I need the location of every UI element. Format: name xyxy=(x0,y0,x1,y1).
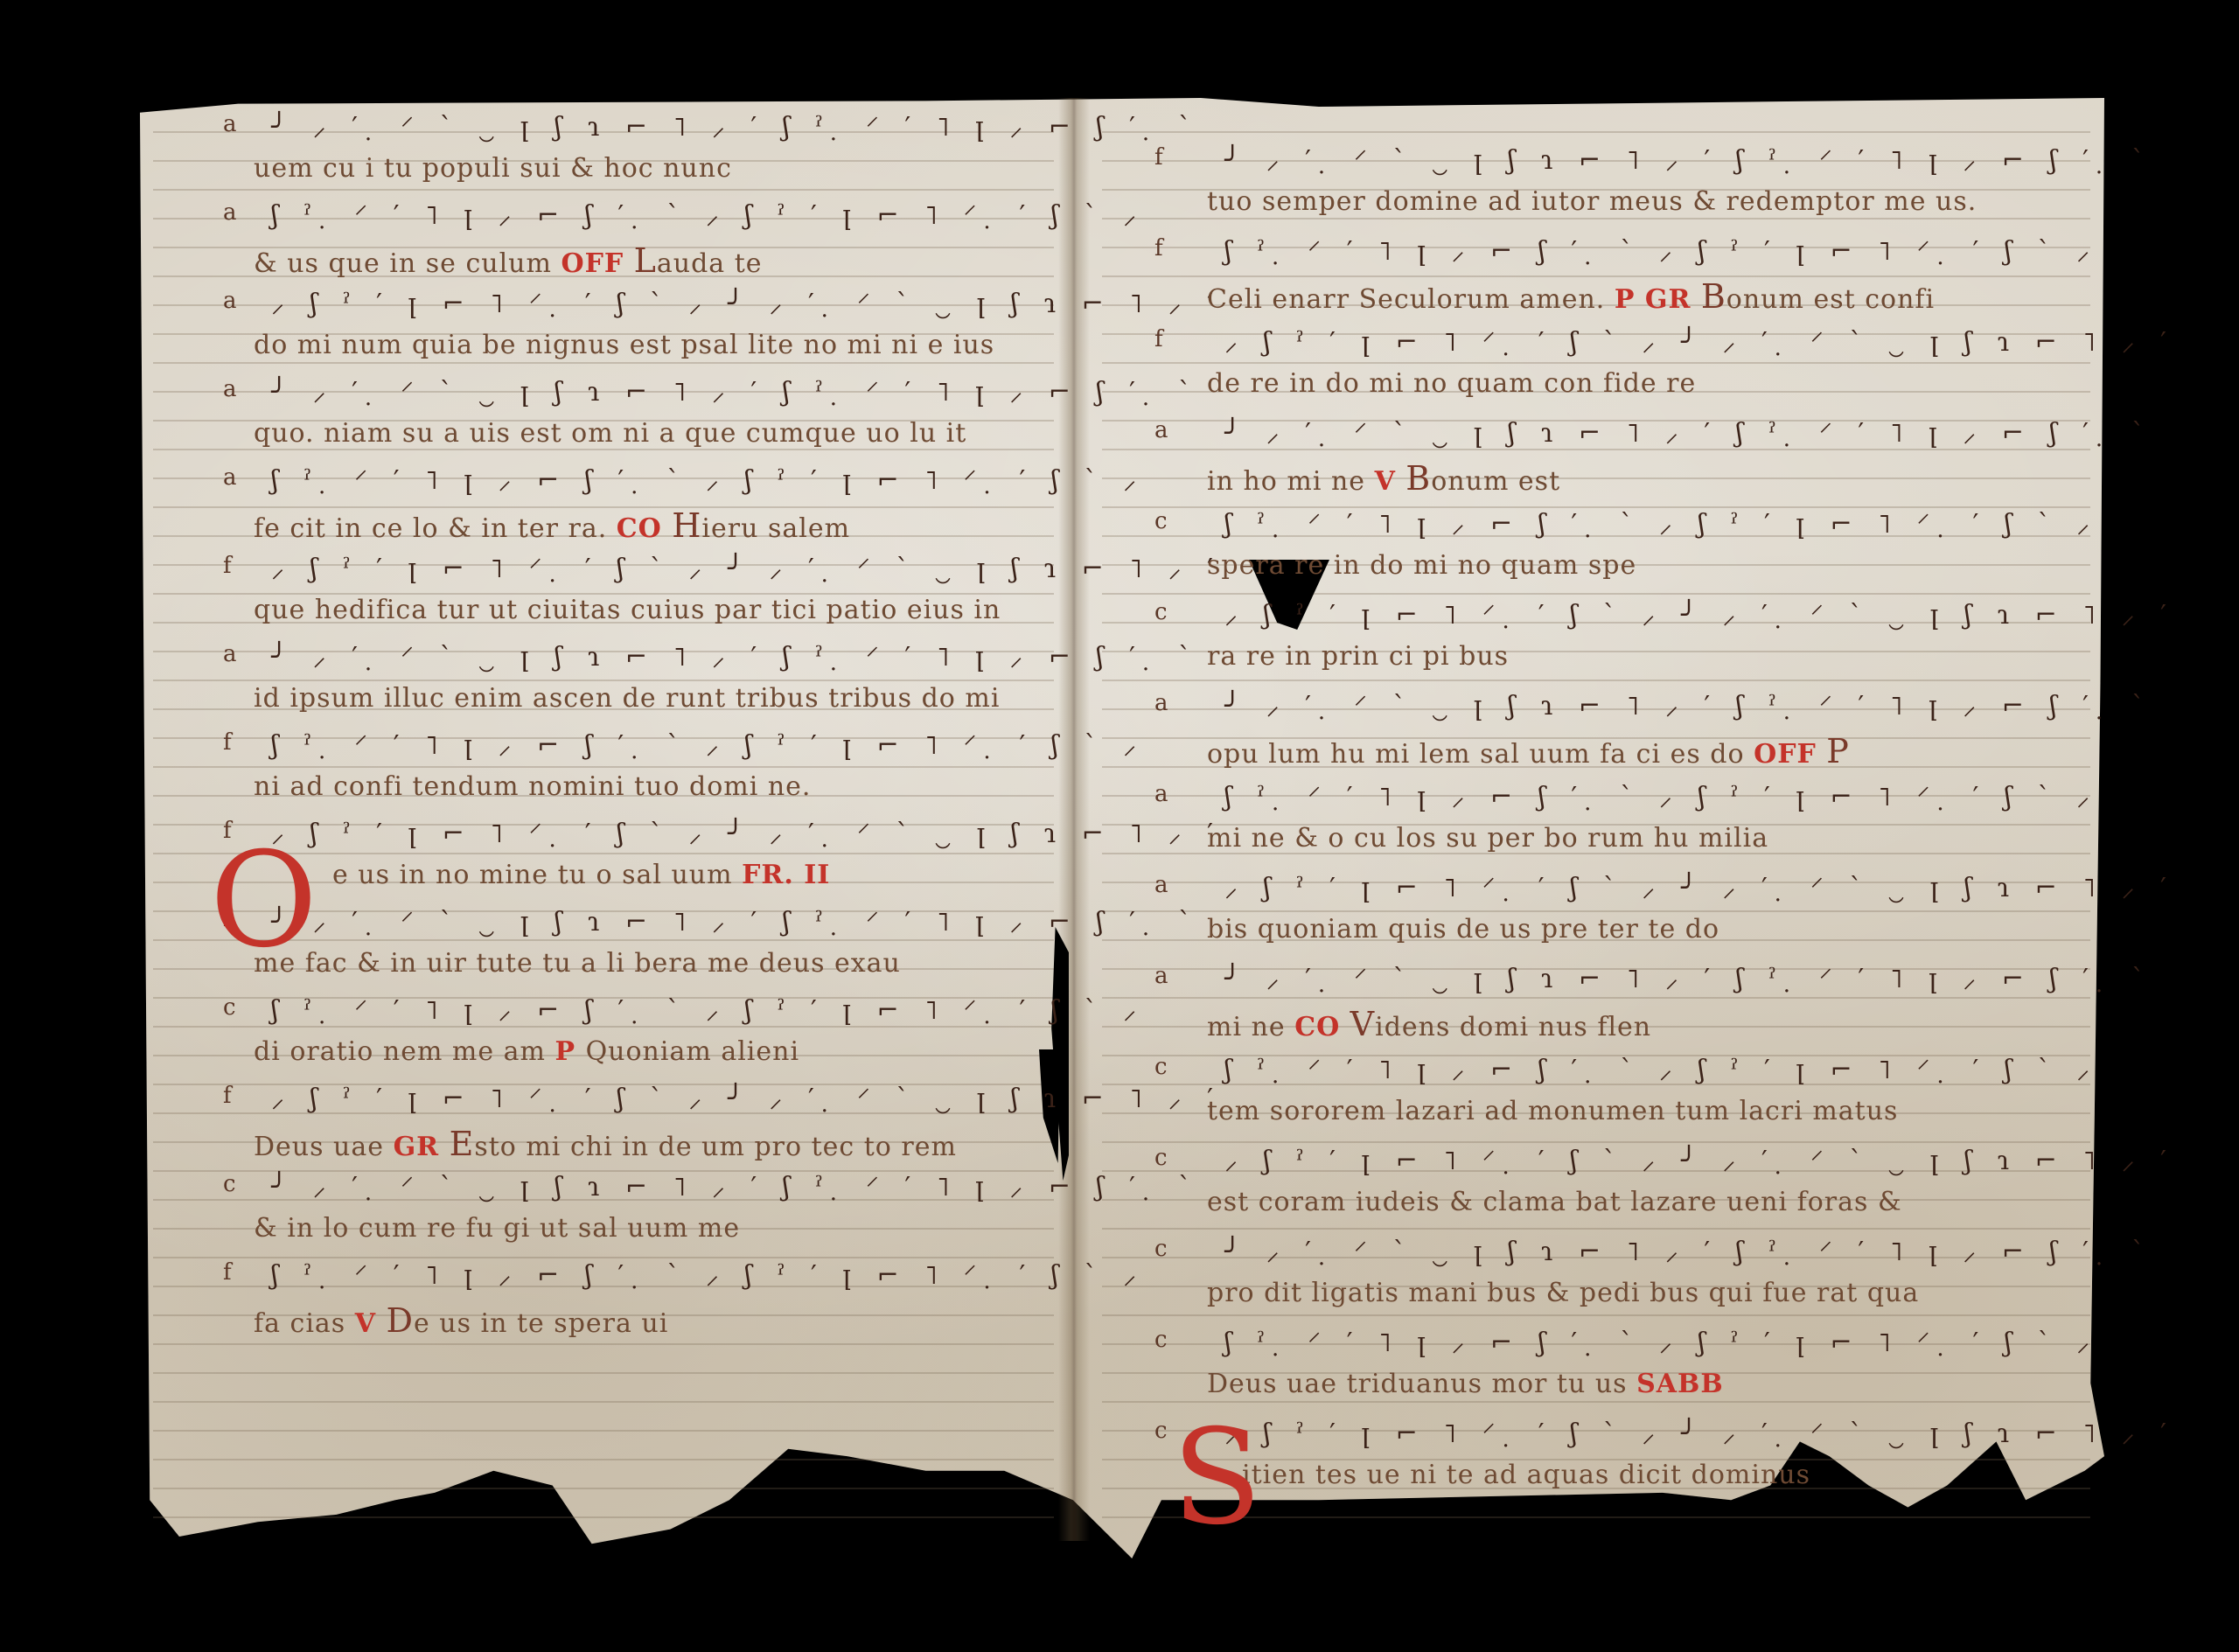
neume-row: ╯ ⸝ ′ ̣ ⸍ ˋ ‿ ꞁ ʃ ɿ ⌐ ˥ ⸝ ′ ʃ ˀ ̣ ⸍ ′ ˥ … xyxy=(1224,687,2153,722)
text-line: do mi num quia be nignus est psal lite n… xyxy=(254,330,994,360)
text-segment: do mi num quia be nignus est psal lite n… xyxy=(254,330,994,360)
initial-letter: B xyxy=(1701,277,1726,316)
clef-letter: c xyxy=(1154,599,1168,625)
text-segment: e us in te spera ui xyxy=(414,1308,668,1339)
text-segment: fe cit in ce lo & in ter ra. xyxy=(254,513,617,544)
text-segment: idens domi nus flen xyxy=(1375,1012,1651,1042)
text-line: spera re in do mi no quam spe xyxy=(1207,550,1636,581)
decorated-initial-s: S xyxy=(1172,1412,1262,1544)
text-line: Celi enarr Seculorum amen. P GR Bonum es… xyxy=(1207,277,1935,316)
text-segment: que hedifica tur ut ciuitas cuius par ti… xyxy=(254,595,1001,625)
clef-letter: a xyxy=(1154,872,1168,898)
neume-row: ⸝ ʃ ˀ ′ ꞁ ⌐ ˥ ⸍ ̣ ′ ʃ ˋ ⸝ ╯ ⸝ ′ ̣ ⸍ ˋ ‿ … xyxy=(271,1079,1222,1115)
initial-letter: L xyxy=(634,241,657,280)
rubric-label: P xyxy=(1615,284,1645,315)
initial-letter: B xyxy=(1405,459,1431,498)
neume-row: ʃ ˀ ̣ ⸍ ′ ˥ ꞁ ⸝ ⌐ ʃ ′ ̣ ˋ ⸝ ʃ ˀ ′ ꞁ ⌐ ˥ … xyxy=(271,991,1145,1027)
text-line: que hedifica tur ut ciuitas cuius par ti… xyxy=(254,595,1001,625)
text-line: me fac & in uir tute tu a li bera me deu… xyxy=(254,948,901,979)
ruled-line xyxy=(153,1401,1054,1403)
text-segment: tem sororem lazari ad monumen tum lacri … xyxy=(1207,1096,1898,1126)
text-line: quo. niam su a uis est om ni a que cumqu… xyxy=(254,418,966,449)
decorated-initial-d: O xyxy=(210,835,317,966)
ruled-line xyxy=(153,1488,1054,1489)
neume-row: ʃ ˀ ̣ ⸍ ′ ˥ ꞁ ⸝ ⌐ ʃ ′ ̣ ˋ ⸝ ʃ ˀ ′ ꞁ ⌐ ˥ … xyxy=(1224,232,2098,268)
text-segment: me fac & in uir tute tu a li bera me deu… xyxy=(254,948,901,979)
neume-row: ⸝ ʃ ˀ ′ ꞁ ⌐ ˥ ⸍ ̣ ′ ʃ ˋ ⸝ ╯ ⸝ ′ ̣ ⸍ ˋ ‿ … xyxy=(1224,868,2175,904)
neume-row: ʃ ˀ ̣ ⸍ ′ ˥ ꞁ ⸝ ⌐ ʃ ′ ̣ ˋ ⸝ ʃ ˀ ′ ꞁ ⌐ ˥ … xyxy=(271,1256,1145,1292)
ruled-line xyxy=(1102,131,2090,133)
ruled-line xyxy=(153,449,1054,450)
text-segment: & hoc nunc xyxy=(570,153,732,184)
neume-row: ⸝ ʃ ˀ ′ ꞁ ⌐ ˥ ⸍ ̣ ′ ʃ ˋ ⸝ ╯ ⸝ ′ ̣ ⸍ ˋ ‿ … xyxy=(271,284,1222,320)
text-line: itien tes ue ni te ad aquas dicit dominu… xyxy=(1242,1460,1810,1490)
text-line: & us que in se culum OFF Lauda te xyxy=(254,241,763,280)
text-line: in ho mi ne V Bonum est xyxy=(1207,459,1560,498)
text-segment: uem cu i tu populi sui xyxy=(254,153,570,184)
text-line: est coram iudeis & clama bat lazare ueni… xyxy=(1207,1187,1902,1217)
text-segment: in ho mi ne xyxy=(1207,466,1375,497)
ruled-line xyxy=(1102,218,2090,220)
initial-letter: P xyxy=(1826,732,1850,770)
clef-letter: a xyxy=(223,464,237,491)
clef-letter: a xyxy=(223,111,237,137)
text-segment: opu lum hu mi lem sal uum fa ci es do xyxy=(1207,739,1754,770)
ruled-line xyxy=(153,1372,1054,1374)
ruled-line xyxy=(153,680,1054,681)
rubric-label: OFF xyxy=(561,248,633,279)
text-segment: onum est xyxy=(1431,466,1560,497)
text-line: mi ne & o cu los su per bo rum hu milia xyxy=(1207,823,1768,854)
neume-row: ʃ ˀ ̣ ⸍ ′ ˥ ꞁ ⸝ ⌐ ʃ ′ ̣ ˋ ⸝ ʃ ˀ ′ ꞁ ⌐ ˥ … xyxy=(1224,505,2098,540)
clef-letter: c xyxy=(1154,1054,1168,1080)
neume-row: ⸝ ʃ ˀ ′ ꞁ ⌐ ˥ ⸍ ̣ ′ ʃ ˋ ⸝ ╯ ⸝ ′ ̣ ⸍ ˋ ‿ … xyxy=(1224,1414,2175,1450)
rubric-label: P xyxy=(555,1036,586,1067)
ruled-line xyxy=(1102,1314,2090,1316)
ruled-line xyxy=(1102,997,2090,999)
clef-letter: f xyxy=(1154,235,1163,261)
clef-letter: a xyxy=(1154,781,1168,807)
clef-letter: c xyxy=(1154,1236,1168,1262)
neume-row: ʃ ˀ ̣ ⸍ ′ ˥ ꞁ ⸝ ⌐ ʃ ′ ̣ ˋ ⸝ ʃ ˀ ′ ꞁ ⌐ ˥ … xyxy=(1224,777,2098,813)
rubric-label: V xyxy=(355,1308,387,1339)
ruled-line xyxy=(1102,1228,2090,1230)
neume-row: ╯ ⸝ ′ ̣ ⸍ ˋ ‿ ꞁ ʃ ɿ ⌐ ˥ ⸝ ′ ʃ ˀ ̣ ⸍ ′ ˥ … xyxy=(1224,141,2153,177)
neume-row: ʃ ˀ ̣ ⸍ ′ ˥ ꞁ ⸝ ⌐ ʃ ′ ̣ ˋ ⸝ ʃ ˀ ′ ꞁ ⌐ ˥ … xyxy=(1224,1323,2098,1359)
rubric-label: CO xyxy=(1294,1012,1350,1042)
text-line: fe cit in ce lo & in ter ra. CO Hieru sa… xyxy=(254,506,850,545)
neume-row: ╯ ⸝ ′ ̣ ⸍ ˋ ‿ ꞁ ʃ ɿ ⌐ ˥ ⸝ ′ ʃ ˀ ̣ ⸍ ′ ˥ … xyxy=(271,108,1200,143)
clef-letter: a xyxy=(1154,963,1168,989)
ruled-line xyxy=(1102,680,2090,681)
text-segment: mi ne xyxy=(1207,1012,1294,1042)
text-segment: ra re in prin ci pi bus xyxy=(1207,641,1509,672)
clef-letter: c xyxy=(223,994,236,1021)
text-line: tem sororem lazari ad monumen tum lacri … xyxy=(1207,1096,1898,1126)
neume-row: ⸝ ʃ ˀ ′ ꞁ ⌐ ˥ ⸍ ̣ ′ ʃ ˋ ⸝ ╯ ⸝ ′ ̣ ⸍ ˋ ‿ … xyxy=(1224,1141,2175,1177)
neume-row: ╯ ⸝ ′ ̣ ⸍ ˋ ‿ ꞁ ʃ ɿ ⌐ ˥ ⸝ ′ ʃ ˀ ̣ ⸍ ′ ˥ … xyxy=(1224,414,2153,450)
neume-row: ⸝ ʃ ˀ ′ ꞁ ⌐ ˥ ⸍ ̣ ′ ʃ ˋ ⸝ ╯ ⸝ ′ ̣ ⸍ ˋ ‿ … xyxy=(1224,596,2175,631)
text-segment: est coram iudeis & clama bat lazare ueni… xyxy=(1207,1187,1902,1217)
initial-letter: H xyxy=(672,506,701,545)
text-segment: & us que in se culum xyxy=(254,248,561,279)
ruled-line xyxy=(153,189,1054,191)
neume-row: ⸝ ʃ ˀ ′ ꞁ ⌐ ˥ ⸍ ̣ ′ ʃ ˋ ⸝ ╯ ⸝ ′ ̣ ⸍ ˋ ‿ … xyxy=(271,549,1222,585)
text-line: & in lo cum re fu gi ut sal uum me xyxy=(254,1213,740,1244)
text-line: fa cias V De us in te spera ui xyxy=(254,1301,668,1340)
text-segment: di oratio nem me am xyxy=(254,1036,555,1067)
text-segment: de re in do mi no quam con fide re xyxy=(1207,368,1696,399)
text-segment: tuo semper domine ad iutor meus & redemp… xyxy=(1207,186,1977,217)
text-segment: ieru salem xyxy=(701,513,850,544)
text-line: mi ne CO Videns domi nus flen xyxy=(1207,1005,1651,1043)
clef-letter: a xyxy=(1154,417,1168,443)
text-line: ra re in prin ci pi bus xyxy=(1207,641,1509,672)
text-line: bis quoniam quis de us pre ter te do xyxy=(1207,914,1719,944)
ruled-line xyxy=(1102,593,2090,595)
clef-letter: a xyxy=(1154,690,1168,716)
initial-letter: D xyxy=(386,1301,413,1340)
text-segment: Deus uae xyxy=(1207,1369,1347,1399)
ruled-line xyxy=(153,1430,1054,1432)
text-segment: & in lo cum re fu gi ut sal uum me xyxy=(254,1213,740,1244)
neume-row: ╯ ⸝ ′ ̣ ⸍ ˋ ‿ ꞁ ʃ ɿ ⌐ ˥ ⸝ ′ ʃ ˀ ̣ ⸍ ′ ˥ … xyxy=(1224,959,2153,995)
text-segment: bis quoniam quis de us pre ter te do xyxy=(1207,914,1719,944)
text-segment: pro dit ligatis mani bus & pedi bus qui … xyxy=(1207,1278,1919,1308)
clef-letter: c xyxy=(223,1171,236,1197)
clef-letter: a xyxy=(223,199,237,226)
initial-letter: V xyxy=(1350,1005,1375,1043)
ruled-line xyxy=(153,1459,1054,1460)
text-segment: id ipsum illuc enim ascen de runt tribus… xyxy=(254,683,1000,714)
text-segment: ni ad confi tendum nomini tuo domi ne. xyxy=(254,771,811,802)
rubric-label: V xyxy=(1375,466,1406,497)
neume-row: ʃ ˀ ̣ ⸍ ′ ˥ ꞁ ⸝ ⌐ ʃ ′ ̣ ˋ ⸝ ʃ ˀ ′ ꞁ ⌐ ˥ … xyxy=(1224,1050,2098,1086)
text-line: pro dit ligatis mani bus & pedi bus qui … xyxy=(1207,1278,1919,1308)
text-segment: fa cias xyxy=(254,1308,355,1339)
neume-row: ʃ ˀ ̣ ⸍ ′ ˥ ꞁ ⸝ ⌐ ʃ ′ ̣ ˋ ⸝ ʃ ˀ ′ ꞁ ⌐ ˥ … xyxy=(271,461,1145,497)
rubric-label: SABB xyxy=(1636,1369,1724,1399)
text-line: e us in no mine tu o sal uum FR. II xyxy=(332,860,830,890)
clef-letter: a xyxy=(223,641,237,667)
clef-letter: f xyxy=(223,1083,232,1109)
neume-row: ╯ ⸝ ′ ̣ ⸍ ˋ ‿ ꞁ ʃ ɿ ⌐ ˥ ⸝ ′ ʃ ˀ ̣ ⸍ ′ ˥ … xyxy=(271,1168,1200,1203)
text-segment: auda te xyxy=(657,248,763,279)
clef-letter: a xyxy=(223,376,237,402)
text-segment: Celi enarr xyxy=(1207,284,1359,315)
text-line: uem cu i tu populi sui & hoc nunc xyxy=(254,153,732,184)
text-segment: Seculorum amen. xyxy=(1359,284,1615,315)
rubric-label: GR xyxy=(394,1132,450,1162)
neume-row: ╯ ⸝ ′ ̣ ⸍ ˋ ‿ ꞁ ʃ ɿ ⌐ ˥ ⸝ ′ ʃ ˀ ̣ ⸍ ′ ˥ … xyxy=(271,903,1200,938)
text-segment: quo. niam su a uis est om ni a que cumqu… xyxy=(254,418,966,449)
text-line: opu lum hu mi lem sal uum fa ci es do OF… xyxy=(1207,732,1850,770)
ruled-line xyxy=(1102,910,2090,912)
ruled-line xyxy=(153,1343,1054,1345)
ruled-line xyxy=(153,362,1054,364)
text-line: tuo semper domine ad iutor meus & redemp… xyxy=(1207,186,1977,217)
text-segment: onum est confi xyxy=(1726,284,1935,315)
rubric-label: CO xyxy=(617,513,672,544)
rubric-label: FR. II xyxy=(742,860,830,890)
ruled-line xyxy=(1102,362,2090,364)
rubric-label: GR xyxy=(1645,284,1701,315)
rubric-label: OFF xyxy=(1754,739,1826,770)
neume-row: ⸝ ʃ ˀ ′ ꞁ ⌐ ˥ ⸍ ̣ ′ ʃ ˋ ⸝ ╯ ⸝ ′ ̣ ⸍ ˋ ‿ … xyxy=(271,814,1222,850)
clef-letter: c xyxy=(1154,1145,1168,1171)
clef-letter: f xyxy=(223,1259,232,1286)
clef-letter: c xyxy=(1154,508,1168,534)
neume-row: ╯ ⸝ ′ ̣ ⸍ ˋ ‿ ꞁ ʃ ɿ ⌐ ˥ ⸝ ′ ʃ ˀ ̣ ⸍ ′ ˥ … xyxy=(1224,1232,2153,1268)
clef-letter: c xyxy=(1154,1418,1168,1444)
neume-row: ʃ ˀ ̣ ⸍ ′ ˥ ꞁ ⸝ ⌐ ʃ ′ ̣ ˋ ⸝ ʃ ˀ ′ ꞁ ⌐ ˥ … xyxy=(271,196,1145,232)
initial-letter: E xyxy=(450,1125,475,1163)
text-line: di oratio nem me am P Quoniam alieni xyxy=(254,1036,799,1067)
text-segment: itien tes ue ni te ad aquas dicit dominu… xyxy=(1242,1460,1810,1490)
text-segment: sto mi chi in de um pro tec to rem xyxy=(474,1132,957,1162)
text-line: de re in do mi no quam con fide re xyxy=(1207,368,1696,399)
text-segment: spera re in do mi no quam spe xyxy=(1207,550,1636,581)
neume-row: ⸝ ʃ ˀ ′ ꞁ ⌐ ˥ ⸍ ̣ ′ ʃ ˋ ⸝ ╯ ⸝ ′ ̣ ⸍ ˋ ‿ … xyxy=(1224,323,2175,359)
text-line: id ipsum illuc enim ascen de runt tribus… xyxy=(254,683,1000,714)
clef-letter: f xyxy=(1154,144,1163,171)
text-segment: triduanus mor tu us xyxy=(1347,1369,1637,1399)
text-line: Deus uae GR Esto mi chi in de um pro tec… xyxy=(254,1125,957,1163)
text-segment: e us in no mine tu o sal uum xyxy=(332,860,742,890)
text-segment: Quoniam alieni xyxy=(586,1036,800,1067)
text-segment: Deus uae xyxy=(254,1132,394,1162)
clef-letter: f xyxy=(1154,326,1163,352)
neume-row: ʃ ˀ ̣ ⸍ ′ ˥ ꞁ ⸝ ⌐ ʃ ′ ̣ ˋ ⸝ ʃ ˀ ′ ꞁ ⌐ ˥ … xyxy=(271,726,1145,762)
neume-row: ╯ ⸝ ′ ̣ ⸍ ˋ ‿ ꞁ ʃ ɿ ⌐ ˥ ⸝ ′ ʃ ˀ ̣ ⸍ ′ ˥ … xyxy=(271,373,1200,408)
text-segment: mi ne & o cu los su per bo rum hu milia xyxy=(1207,823,1768,854)
neume-row: ╯ ⸝ ′ ̣ ⸍ ˋ ‿ ꞁ ʃ ɿ ⌐ ˥ ⸝ ′ ʃ ˀ ̣ ⸍ ′ ˥ … xyxy=(271,638,1200,673)
clef-letter: a xyxy=(223,288,237,314)
text-line: Deus uae triduanus mor tu us SABB xyxy=(1207,1369,1724,1399)
clef-letter: f xyxy=(223,729,232,756)
ruled-line xyxy=(153,1516,1054,1518)
clef-letter: c xyxy=(1154,1327,1168,1353)
clef-letter: f xyxy=(223,553,232,579)
text-line: ni ad confi tendum nomini tuo domi ne. xyxy=(254,771,811,802)
ruled-line xyxy=(153,766,1054,768)
